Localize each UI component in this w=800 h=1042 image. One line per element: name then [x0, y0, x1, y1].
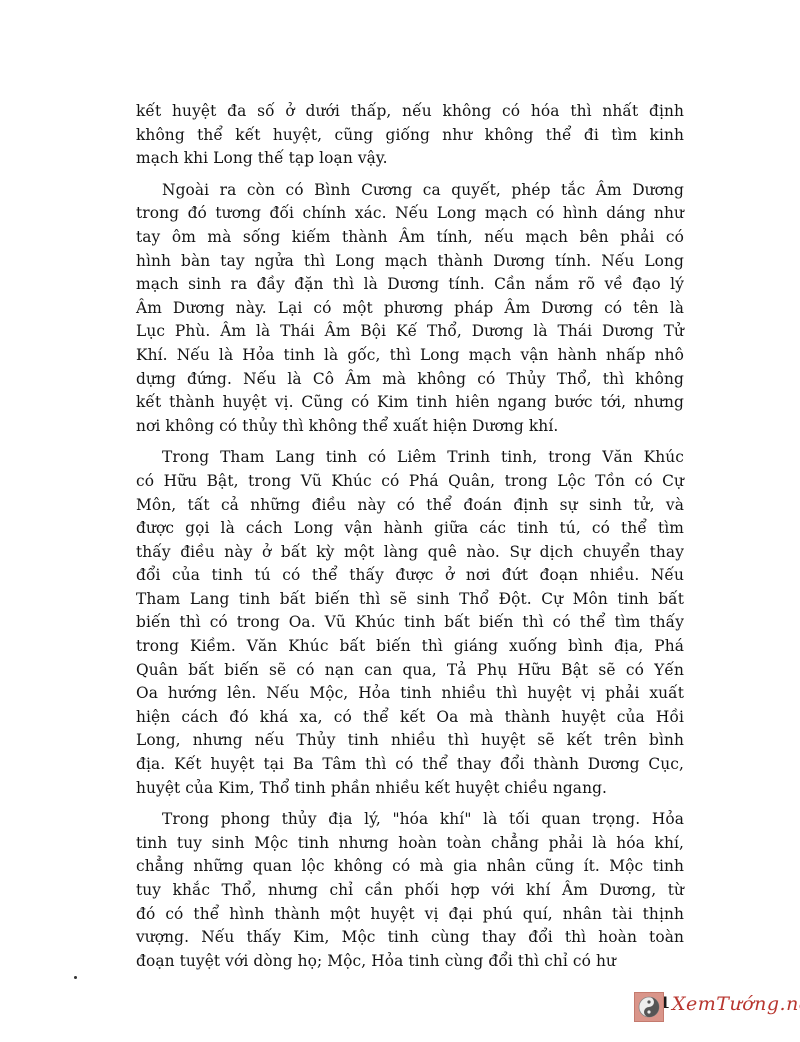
text-line: kết thành huyệt vị. Cũng có Kim tinh hiê… [136, 391, 684, 415]
text-line: Oa hướng lên. Nếu Mộc, Hỏa tinh nhiều th… [136, 682, 684, 706]
text-line: Trong Tham Lang tinh có Liêm Trinh tinh,… [136, 446, 684, 470]
text-line: Ngoài ra còn có Bình Cương ca quyết, phé… [136, 179, 684, 203]
document-page: kết huyệt đa số ở dưới thấp, nếu không c… [136, 100, 684, 981]
text-line: mạch khi Long thế tạp loạn vậy. [136, 147, 684, 171]
text-line: huyệt của Kim, Thổ tinh phần nhiều kết h… [136, 777, 684, 801]
text-line: Khí. Nếu là Hỏa tinh là gốc, thì Long mạ… [136, 344, 684, 368]
scan-speck [74, 976, 77, 979]
text-line: Long, nhưng nếu Thủy tinh nhiều thì huyệ… [136, 729, 684, 753]
text-line: biến thì có trong Oa. Vũ Khúc tinh bất b… [136, 611, 684, 635]
text-line: Tham Lang tinh bất biến thì sẽ sinh Thổ … [136, 588, 684, 612]
paragraph: kết huyệt đa số ở dưới thấp, nếu không c… [136, 100, 684, 171]
text-line: được gọi là cách Long vận hành giữa các … [136, 517, 684, 541]
text-line: tuy khắc Thổ, nhưng chỉ cần phối hợp với… [136, 879, 684, 903]
text-line: hình bàn tay ngửa thì Long mạch thành Dư… [136, 250, 684, 274]
text-line: Trong phong thủy địa lý, "hóa khí" là tố… [136, 808, 684, 832]
text-line: Quân bất biến sẽ có nạn can qua, Tả Phụ … [136, 659, 684, 683]
paragraph: Trong Tham Lang tinh có Liêm Trinh tinh,… [136, 446, 684, 800]
text-line: chẳng những quan lộc không có mà gia nhâ… [136, 855, 684, 879]
text-line: Âm Dương này. Lại có một phương pháp Âm … [136, 297, 684, 321]
text-line: dựng đứng. Nếu là Cô Âm mà không có Thủy… [136, 368, 684, 392]
text-line: hiện cách đó khá xa, có thể kết Oa mà th… [136, 706, 684, 730]
text-line: tinh tuy sinh Mộc tinh nhưng hoàn toàn c… [136, 832, 684, 856]
text-line: vượng. Nếu thấy Kim, Mộc tinh cùng thay … [136, 926, 684, 950]
text-line: đoạn tuyệt với dòng họ; Mộc, Hỏa tinh cù… [136, 950, 684, 974]
text-line: tay ôm mà sống kiếm thành Âm tính, nếu m… [136, 226, 684, 250]
text-line: trong đó tương đối chính xác. Nếu Long m… [136, 202, 684, 226]
text-line: kết huyệt đa số ở dưới thấp, nếu không c… [136, 100, 684, 124]
text-line: đổi của tinh tú có thể thấy được ở nơi đ… [136, 564, 684, 588]
text-line: có Hữu Bật, trong Vũ Khúc có Phá Quân, t… [136, 470, 684, 494]
text-line: không thể kết huyệt, cũng giống như khôn… [136, 124, 684, 148]
text-line: thấy điều này ở bất kỳ một làng quê nào.… [136, 541, 684, 565]
yin-yang-icon [634, 992, 664, 1022]
paragraph: Ngoài ra còn có Bình Cương ca quyết, phé… [136, 179, 684, 439]
watermark: XemTướng.net [632, 990, 792, 1026]
watermark-text: XemTướng.net [672, 993, 800, 1015]
text-line: nơi không có thủy thì không thể xuất hiệ… [136, 415, 684, 439]
text-line: đó có thể hình thành một huyệt vị đại ph… [136, 903, 684, 927]
text-line: địa. Kết huyệt tại Ba Tâm thì có thể tha… [136, 753, 684, 777]
text-line: Lục Phù. Âm là Thái Âm Bội Kế Thổ, Dương… [136, 320, 684, 344]
text-line: Môn, tất cả những điều này có thể đoán đ… [136, 494, 684, 518]
text-line: mạch sinh ra đầy đặn thì là Dương tính. … [136, 273, 684, 297]
text-line: trong Kiềm. Văn Khúc bất biến thì giáng … [136, 635, 684, 659]
paragraph: Trong phong thủy địa lý, "hóa khí" là tố… [136, 808, 684, 973]
